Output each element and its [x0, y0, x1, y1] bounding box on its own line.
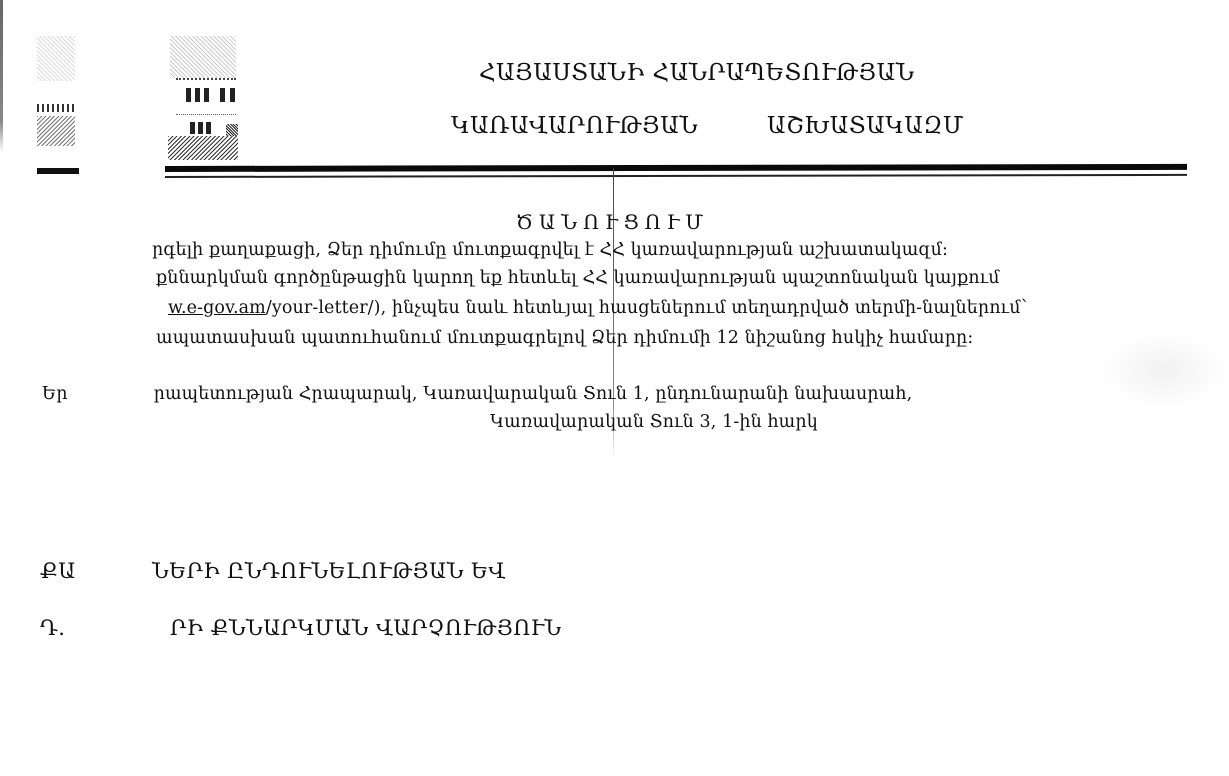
emblem-trees	[37, 116, 75, 146]
building-window	[186, 88, 191, 102]
org-name-line2-right: ԱՇԽԱՏԱԿԱԶՄ	[767, 113, 964, 139]
body-line-2: քննարկման գործընթացին կարող եք հետևել ՀՀ…	[156, 268, 1000, 288]
address-city-prefix: Եր	[42, 384, 68, 404]
header-rule-thick	[165, 164, 1187, 172]
footer-line-1: ՆԵՐԻ ԸՆԴՈՒՆԵԼՈՒԹՅԱՆ ԵՎ	[152, 559, 506, 583]
faded-emblem-image	[37, 36, 75, 141]
footer-line-2-prefix: Դ.	[40, 616, 65, 640]
website-link[interactable]: w.e-gov.am	[168, 298, 266, 318]
building-window	[206, 122, 211, 134]
emblem-sky	[37, 36, 75, 81]
address-line-2: Կառավարական Տուն 3, 1-ին հարկ	[490, 412, 818, 432]
footer-line-1-prefix: ՔԱ	[40, 559, 76, 583]
government-building-image	[168, 36, 238, 160]
building-sky	[170, 36, 236, 78]
building-window	[198, 122, 203, 134]
building-cornice	[176, 114, 236, 115]
body-line-3: w.e-gov.am/your-letter/), ինչպես նաև հետ…	[168, 298, 1027, 318]
building-window	[230, 88, 235, 102]
address-line-1: Երրապետության Հրապարակ, Կառավարական Տուն…	[42, 384, 912, 404]
footer-line-2: ՐԻ ՔՆՆԱՐԿՄԱՆ ՎԱՐՉՈՒԹՅՈՒՆ	[170, 616, 562, 640]
header-rule-thin	[165, 174, 1187, 178]
scan-smudge	[1099, 330, 1229, 410]
building-window	[195, 88, 200, 102]
scan-edge-line	[0, 0, 3, 152]
building-bushes	[168, 136, 238, 160]
building-window	[204, 88, 209, 102]
body-line-1: րգելի քաղաքացի, Ձեր դիմումը մուտքագրվել …	[152, 240, 948, 260]
emblem-rule	[37, 168, 79, 174]
building-window	[220, 88, 225, 102]
body-line-4: ապատասխան պատուհանում մուտքագրելով Ձեր դ…	[156, 328, 973, 348]
emblem-columns	[37, 104, 75, 112]
address-line-1-text: րապետության Հրապարակ, Կառավարական Տուն 1…	[154, 384, 913, 404]
building-window	[190, 122, 195, 134]
org-name-line2-left: ԿԱՌԱՎԱՐՈՒԹՅԱՆ	[451, 113, 698, 139]
body-line-3-text: /your-letter/), ինչպես նաև հետևյալ հասցե…	[266, 298, 1027, 318]
document-title: ԾԱՆՈՒՑՈՒՄ	[516, 210, 709, 234]
org-name-line1: ՀԱՅԱՍՏԱՆԻ ՀԱՆՐԱՊԵՏՈՒԹՅԱՆ	[479, 60, 915, 86]
